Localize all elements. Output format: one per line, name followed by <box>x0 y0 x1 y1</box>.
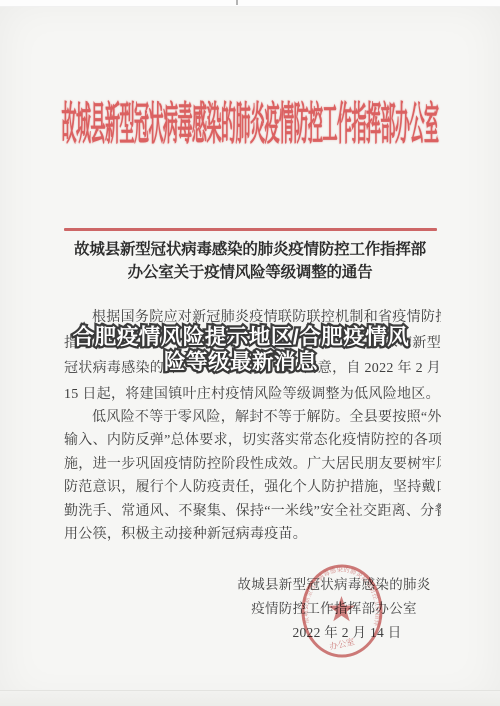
notice-title-line2: 办公室关于疫情风险等级调整的通告 <box>0 261 500 284</box>
body-line: 输入、内防反弹”总体要求，切实落实常态化疫情防控的各项措 <box>64 429 441 452</box>
body-line: 防范意识，履行个人防疫责任，强化个人防护措施，坚持戴口罩、 <box>64 476 441 499</box>
document-photo: 故城县新型冠状病毒感染的肺炎疫情防控工作指挥部办公室 故城县新型冠状病毒感染的肺… <box>0 0 500 706</box>
paper-top-edge <box>0 0 500 7</box>
notice-title-line1: 故城县新型冠状病毒感染的肺炎疫情防控工作指挥部 <box>0 238 500 261</box>
body-paragraph-2: 低风险不等于零风险，解封不等于解防。全县要按照“外防 输入、内防反弹”总体要求，… <box>64 406 441 546</box>
letterhead-title: 故城县新型冠状病毒感染的肺炎疫情防控工作指挥部办公室 <box>0 103 500 151</box>
caption-line2: 险等级最新消息 <box>0 350 482 375</box>
paper-top-mark <box>236 0 238 5</box>
body-line: 低风险不等于零风险，解封不等于解防。全县要按照“外防 <box>64 406 441 429</box>
notice-title: 故城县新型冠状病毒感染的肺炎疫情防控工作指挥部 办公室关于疫情风险等级调整的通告 <box>0 238 500 284</box>
caption-line1: 合肥疫情风险提示地区/合肥疫情风 <box>0 325 482 350</box>
body-line: 施，进一步巩固疫情防控阶段性成效。广大居民朋友要树牢风险 <box>64 453 441 476</box>
paper-bottom-edge <box>0 690 500 706</box>
caption-overlay: 合肥疫情风险提示地区/合肥疫情风 险等级最新消息 <box>0 325 482 375</box>
letterhead-rule <box>64 228 437 231</box>
body-line: 用公筷，积极主动接种新冠病毒疫苗。 <box>64 523 441 546</box>
body-line: 勤洗手、常通风、不聚集、保持“一米线”安全社交距离、分餐制、 <box>64 500 441 523</box>
star-icon <box>328 596 355 621</box>
seal-office-text: 办公室 <box>328 636 356 651</box>
body-line: 15 日起，将建国镇叶庄村疫情风险等级调整为低风险地区。 <box>64 382 441 408</box>
official-seal: 故城县新型冠状病毒感染的肺炎疫情防控工作指挥部 办公室 <box>299 563 385 661</box>
seal-arc-text: 故城县新型冠状病毒感染的肺炎疫情防控工作指挥部 <box>299 563 383 628</box>
